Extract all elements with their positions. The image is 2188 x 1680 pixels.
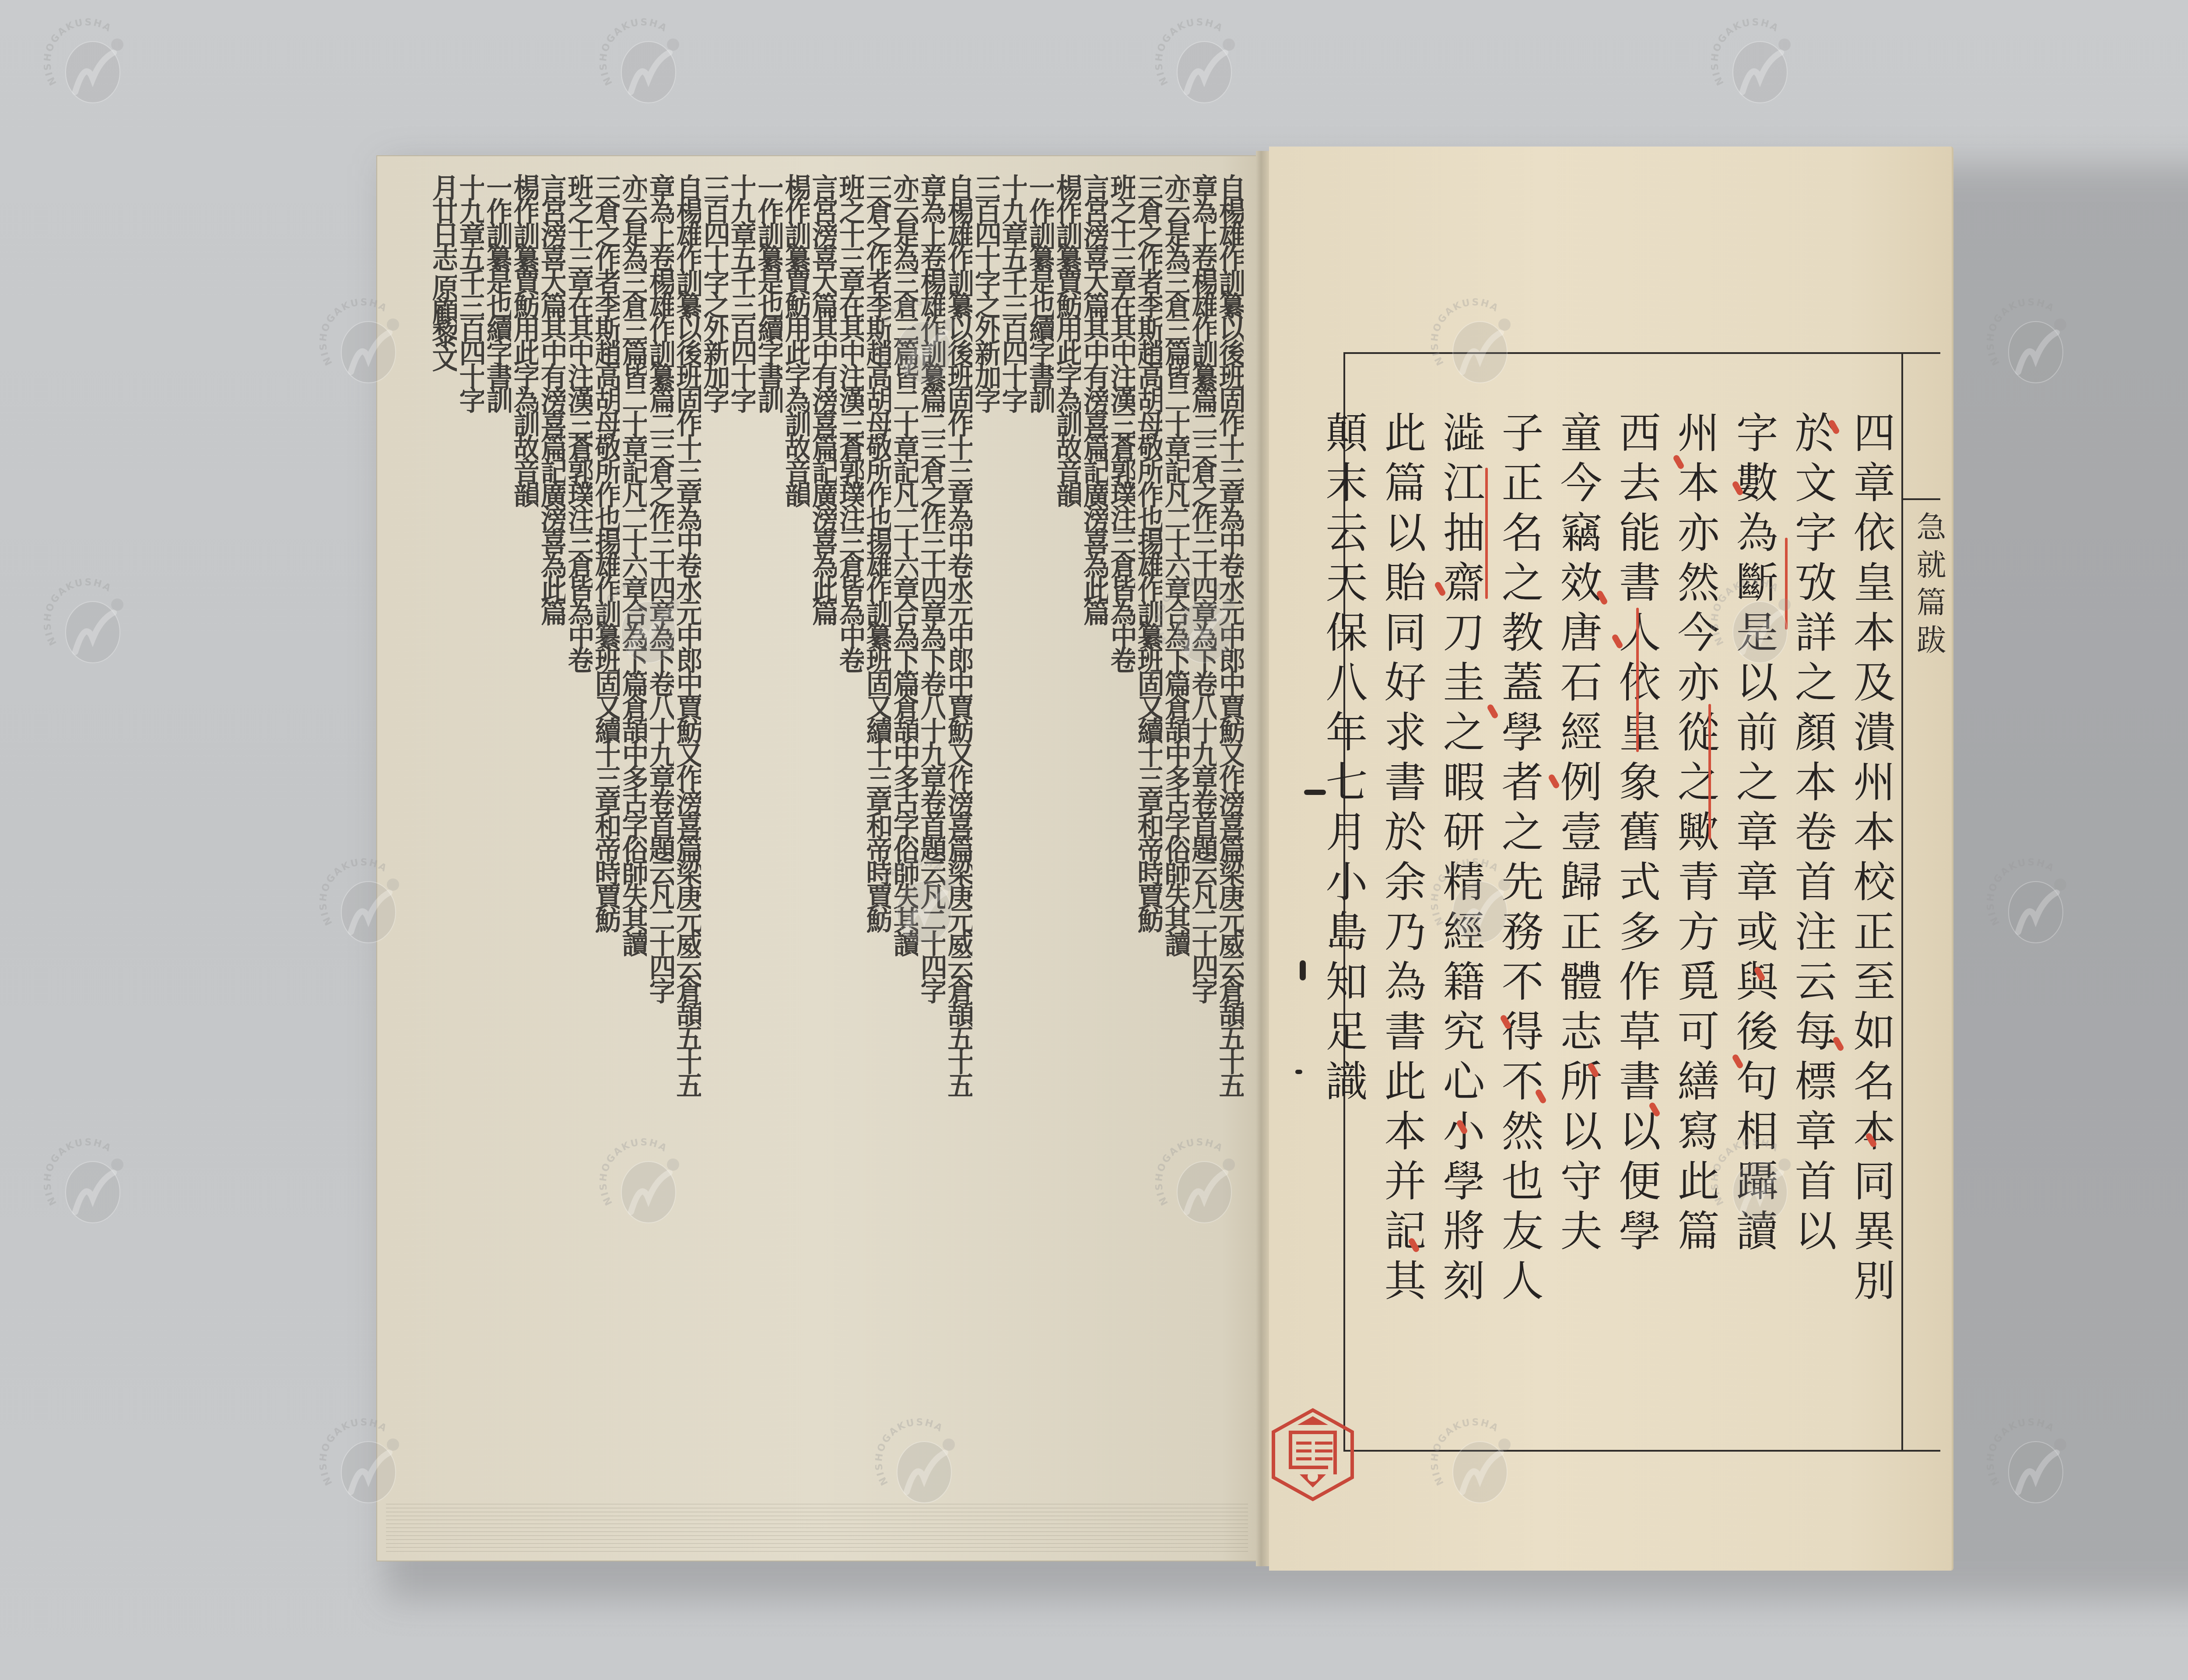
- manuscript-column-footer: 月廿日志 原顧黎文: [431, 174, 457, 1499]
- colophon-columns: 四章依皇本及潰州本校正至如名本同異別 於文字攷詳之顏本卷首注云每標章首以 字數為…: [1322, 411, 1892, 1417]
- colophon-column: 此篇以貽同好求書於余乃為書此本并記其: [1381, 411, 1423, 1417]
- watermark-logo-icon: NISHOGAKUSHA: [44, 17, 136, 109]
- margin-title-column: 急就篇跋: [1901, 354, 1940, 1450]
- watermark-logo-icon: NISHOGAKUSHA: [319, 297, 411, 389]
- colophon-column: 西去能書人依皇象舊式多作草書以便學: [1616, 411, 1658, 1417]
- right-page: 州本亦然今亦從之歟青方覓可繕寫此篇 子正名之教蓋學者之先務不得不然也友人 此篇以…: [1269, 147, 1953, 1571]
- manuscript-column: 章為上卷楊雄作訓纂篇二三倉之作三十四章為下卷八十九章卷首題云凡二十四字: [649, 174, 674, 1499]
- manuscript-column: 三百四十字之外新加字: [703, 174, 728, 1499]
- manuscript-column: 亦云是為三倉三篇皆二十章記凡二十六章合為下篇倉頡中多古字俗師失其讀: [1164, 174, 1189, 1499]
- manuscript-column: 班之十三章在其中注漢三蒼郭璞注三倉皆為中卷: [567, 174, 593, 1499]
- red-proper-noun-line: [1636, 608, 1639, 752]
- manuscript-column: 三百四十字之外新加字: [974, 174, 999, 1499]
- watermark-logo-icon: NISHOGAKUSHA: [1431, 297, 1523, 389]
- red-proper-noun-line: [1708, 704, 1711, 840]
- colophon-column: 州本亦然今亦從之歟青方覓可繕寫此篇: [1674, 411, 1716, 1417]
- watermark-logo-icon: NISHOGAKUSHA: [1987, 857, 2079, 949]
- watermark-logo-icon: NISHOGAKUSHA: [44, 577, 136, 669]
- watermark-logo-icon: NISHOGAKUSHA: [1711, 577, 1803, 669]
- open-book: 自楊雄作訓纂以後班固作十三章為中卷水元中郎中賈魴又作滂喜篇梁庚元威云倉頡五十五 …: [376, 147, 2188, 1573]
- watermark-logo-icon: NISHOGAKUSHA: [875, 297, 967, 389]
- manuscript-column: 亦云是為三倉三篇皆二十章記凡二十六章合為下篇倉頡中多古字俗師失其讀: [621, 174, 647, 1499]
- watermark-logo-icon: NISHOGAKUSHA: [1155, 577, 1247, 669]
- manuscript-column: 章為上卷楊雄作訓纂篇二三倉之作三十四章為下卷八十九章卷首題云凡二十四字: [1191, 174, 1217, 1499]
- book-gutter: [1256, 151, 1269, 1566]
- watermark-logo-icon: NISHOGAKUSHA: [1431, 857, 1523, 949]
- manuscript-column: 自楊雄作訓纂以後班固作十三章為中卷水元中郎中賈魴又作滂喜篇梁庚元威云倉頡五十五: [676, 174, 701, 1499]
- manuscript-column: 楊作訓纂賈魴用此字為訓故音韻: [513, 174, 538, 1499]
- manuscript-column: 三倉之作者李斯趙高胡母敬所作也揚雄作訓纂班固又續十三章和帝時賈魴: [1137, 174, 1162, 1499]
- watermark-logo-icon: NISHOGAKUSHA: [1711, 1137, 1803, 1229]
- colophon-column: 於文字攷詳之顏本卷首注云每標章首以: [1792, 411, 1834, 1417]
- watermark-logo-icon: NISHOGAKUSHA: [1711, 17, 1803, 109]
- red-hexagonal-seal: [1269, 1407, 1357, 1503]
- manuscript-column: 十九章五千三百四十字: [1001, 174, 1027, 1499]
- watermark-logo-icon: NISHOGAKUSHA: [1155, 17, 1247, 109]
- manuscript-column: 一作訓纂是也續字書訓: [1028, 174, 1054, 1499]
- colophon-column: 童今竊效唐石經例壹歸正體志所以守夫: [1557, 411, 1599, 1417]
- watermark-logo-icon: NISHOGAKUSHA: [600, 17, 691, 109]
- watermark-logo-icon: NISHOGAKUSHA: [1987, 297, 2079, 389]
- manuscript-column: 班之十三章在其中注漢三蒼郭璞注三倉皆為中卷: [838, 174, 864, 1499]
- manuscript-column: 自楊雄作訓纂以後班固作十三章為中卷水元中郎中賈魴又作滂喜篇梁庚元威云倉頡五十五: [1218, 174, 1244, 1499]
- manuscript-column: 楊作訓纂賈魴用此字為訓故音韻: [784, 174, 810, 1499]
- colophon-column: 四章依皇本及潰州本校正至如名本同異別: [1850, 411, 1892, 1417]
- watermark-logo-icon: NISHOGAKUSHA: [600, 1137, 691, 1229]
- watermark-logo-icon: NISHOGAKUSHA: [600, 577, 691, 669]
- watermark-logo-icon: NISHOGAKUSHA: [875, 857, 967, 949]
- colophon-column: 顛末云天保八年七月小島知足識: [1322, 411, 1364, 1417]
- manuscript-column: 言宮滂喜大篇其中有滂喜篇記廣滂喜為此篇: [811, 174, 837, 1499]
- manuscript-column: 言宮滂喜大篇其中有滂喜篇記廣滂喜為此篇: [540, 174, 565, 1499]
- paper-grain: [386, 1504, 1248, 1552]
- watermark-logo-icon: NISHOGAKUSHA: [875, 1417, 967, 1509]
- colophon-column: 字數為斷是以前之章章或與後句相躡讀: [1733, 411, 1775, 1417]
- title-box: [1903, 354, 1940, 500]
- manuscript-column: 班之十三章在其中注漢三蒼郭璞注三倉皆為中卷: [1110, 174, 1135, 1499]
- watermark-logo-icon: NISHOGAKUSHA: [319, 857, 411, 949]
- margin-title: 急就篇跋: [1907, 511, 1950, 662]
- left-page: 自楊雄作訓纂以後班固作十三章為中卷水元中郎中賈魴又作滂喜篇梁庚元威云倉頡五十五 …: [376, 155, 1258, 1561]
- manuscript-column: 言宮滂喜大篇其中有滂喜篇記廣滂喜為此篇: [1083, 174, 1108, 1499]
- watermark-logo-icon: NISHOGAKUSHA: [1155, 1137, 1247, 1229]
- watermark-logo-icon: NISHOGAKUSHA: [319, 1417, 411, 1509]
- manuscript-column: 一作訓纂是也續字書訓: [757, 174, 782, 1499]
- watermark-logo-icon: NISHOGAKUSHA: [44, 1137, 136, 1229]
- watermark-logo-icon: NISHOGAKUSHA: [1431, 1417, 1523, 1509]
- manuscript-column: 十九章五千三百四十字: [730, 174, 755, 1499]
- manuscript-column: 十九章五千三百四十字: [459, 174, 484, 1499]
- manuscript-column: 楊作訓纂賈魴用此字為訓故音韻: [1055, 174, 1081, 1499]
- red-proper-noun-line: [1485, 468, 1488, 599]
- manuscript-columns: 自楊雄作訓纂以後班固作十三章為中卷水元中郎中賈魴又作滂喜篇梁庚元威云倉頡五十五 …: [386, 174, 1244, 1499]
- manuscript-column: 三倉之作者李斯趙高胡母敬所作也揚雄作訓纂班固又續十三章和帝時賈魴: [594, 174, 620, 1499]
- manuscript-column: 一作訓纂是也續字書訓: [486, 174, 511, 1499]
- watermark-logo-icon: NISHOGAKUSHA: [1987, 1417, 2079, 1509]
